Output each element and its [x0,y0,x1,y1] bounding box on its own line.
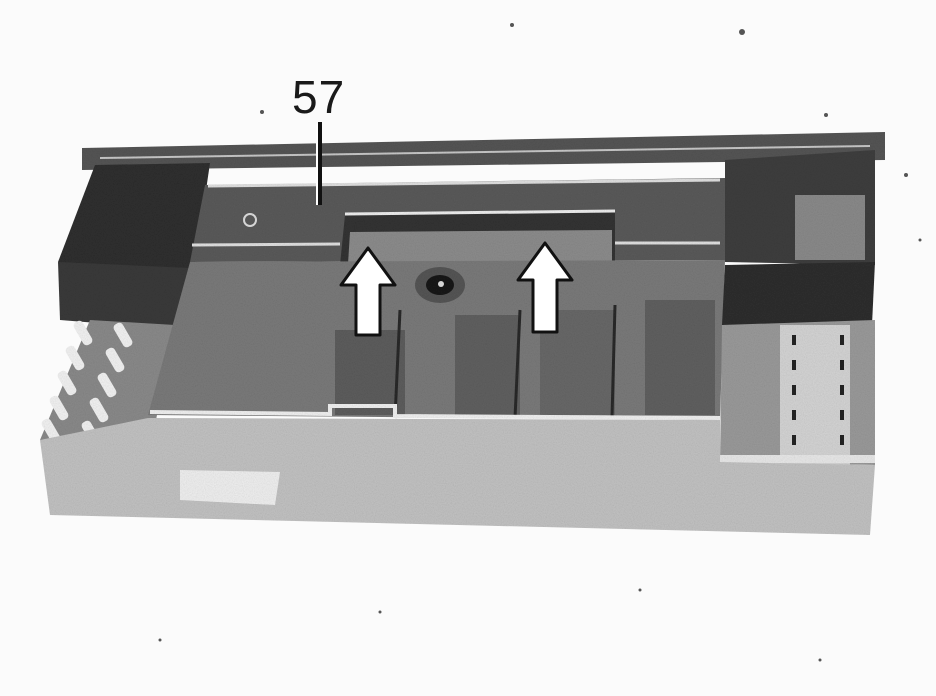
right-connector [720,320,875,465]
module-photo [0,0,936,696]
callout-label: 57 [292,70,345,124]
